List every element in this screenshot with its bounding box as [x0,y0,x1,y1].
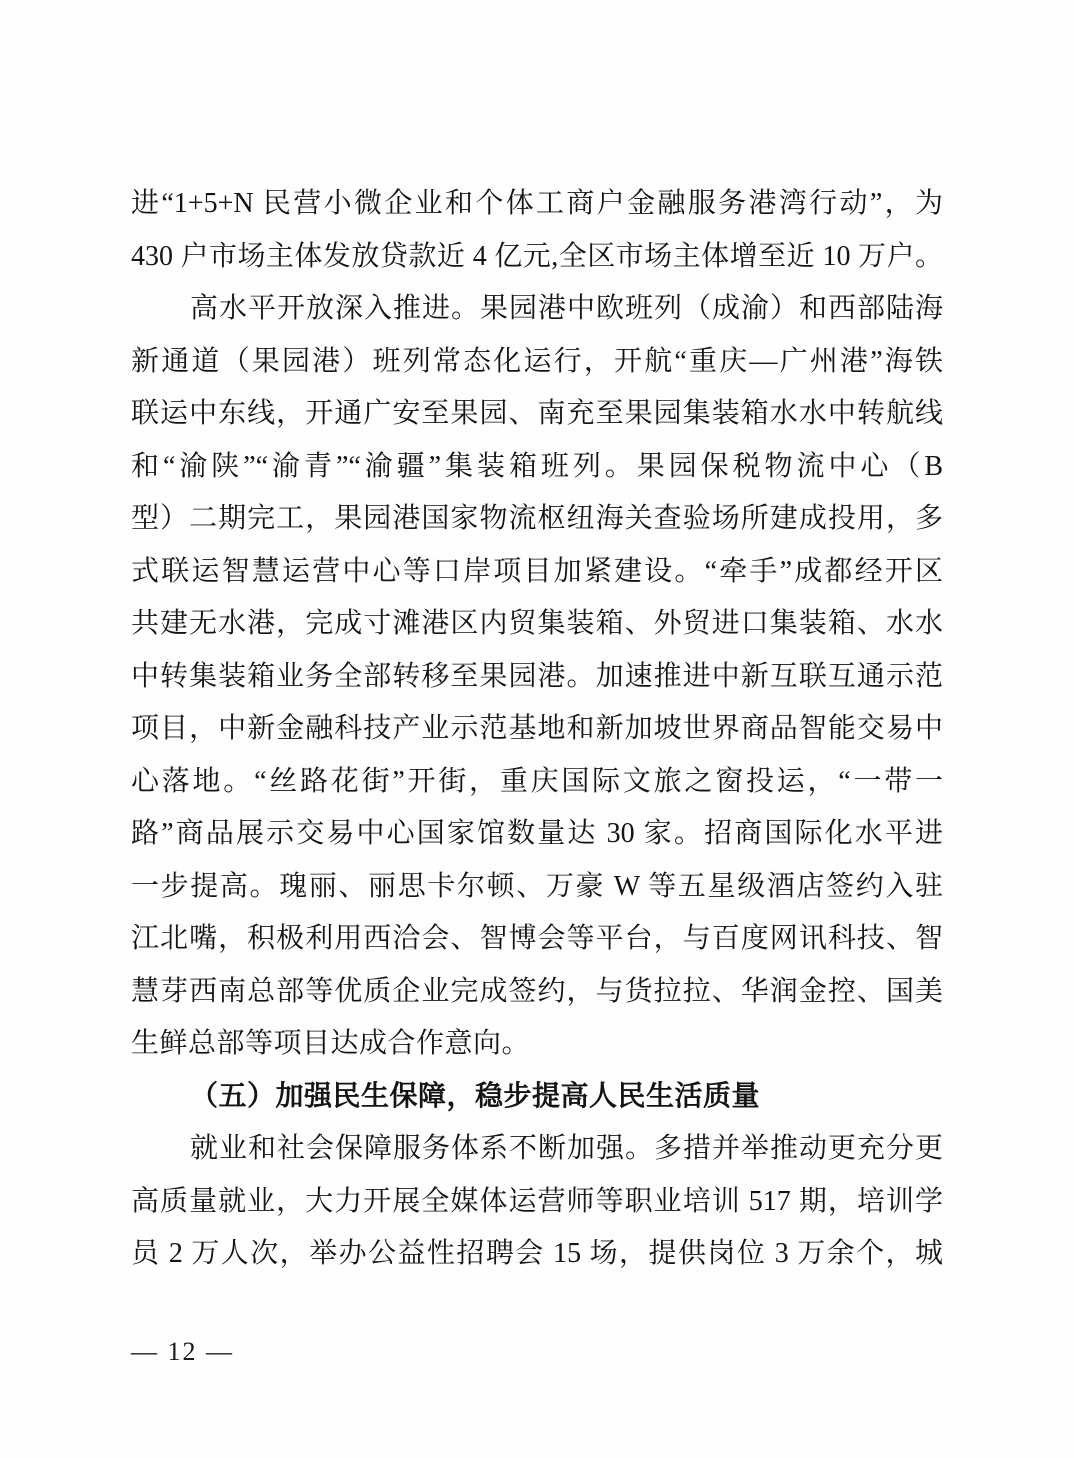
text-line: 就业和社会保障服务体系不断加强。多措并举推动更充分更 [131,1123,943,1176]
text-line: 430 户市场主体发放贷款近 4 亿元,全区市场主体增至近 10 万户。 [131,231,943,284]
section-heading: （五）加强民生保障，稳步提高人民生活质量 [131,1071,943,1124]
text-line: 和“渝陕”“渝青”“渝疆”集装箱班列。果园保税物流中心（B [131,441,943,494]
text-line: 中转集装箱业务全部转移至果园港。加速推进中新互联互通示范 [131,651,943,704]
text-line: 进“1+5+N 民营小微企业和个体工商户金融服务港湾行动”，为 [131,178,943,231]
text-line: 高质量就业，大力开展全媒体运营师等职业培训 517 期，培训学 [131,1176,943,1229]
page-number: — 12 — [131,1332,234,1372]
text-line: 员 2 万人次，举办公益性招聘会 15 场，提供岗位 3 万余个，城 [131,1228,943,1281]
text-line: 型）二期完工，果园港国家物流枢纽海关查验场所建成投用，多 [131,493,943,546]
text-line: 一步提高。瑰丽、丽思卡尔顿、万豪 W 等五星级酒店签约入驻 [131,861,943,914]
text-line: 项目，中新金融科技产业示范基地和新加坡世界商品智能交易中 [131,703,943,756]
text-line: 慧芽西南总部等优质企业完成签约，与货拉拉、华润金控、国美 [131,966,943,1019]
text-line: 心落地。“丝路花街”开街，重庆国际文旅之窗投运，“一带一 [131,756,943,809]
text-line: 高水平开放深入推进。果园港中欧班列（成渝）和西部陆海 [131,283,943,336]
text-line: 江北嘴，积极利用西洽会、智博会等平台，与百度网讯科技、智 [131,913,943,966]
text-line: 新通道（果园港）班列常态化运行，开航“重庆—广州港”海铁 [131,336,943,389]
text-line: 路”商品展示交易中心国家馆数量达 30 家。招商国际化水平进 [131,808,943,861]
text-line: 联运中东线，开通广安至果园、南充至果园集装箱水水中转航线 [131,388,943,441]
document-page: 进“1+5+N 民营小微企业和个体工商户金融服务港湾行动”，为 430 户市场主… [0,0,1074,1458]
text-line: 共建无水港，完成寸滩港区内贸集装箱、外贸进口集装箱、水水 [131,598,943,651]
text-line: 式联运智慧运营中心等口岸项目加紧建设。“牵手”成都经开区 [131,546,943,599]
body-text: 进“1+5+N 民营小微企业和个体工商户金融服务港湾行动”，为 430 户市场主… [131,178,943,1281]
text-line: 生鲜总部等项目达成合作意向。 [131,1018,943,1071]
